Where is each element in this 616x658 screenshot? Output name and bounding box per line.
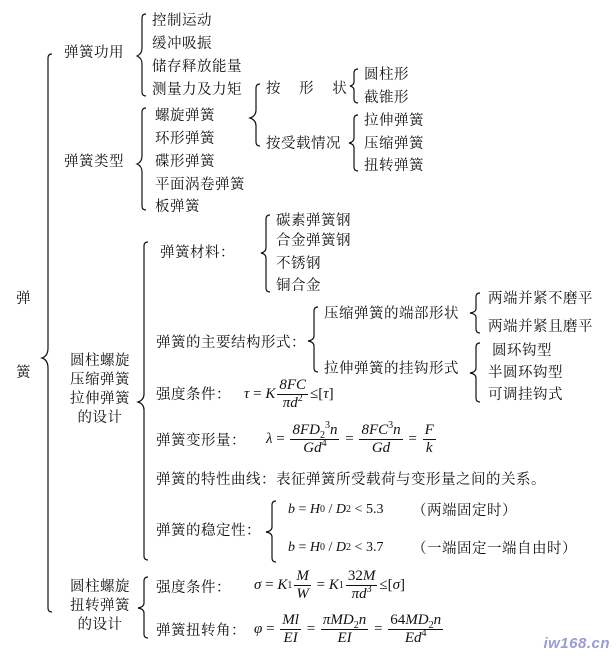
- material-item: 碳素弹簧钢: [276, 212, 351, 230]
- hook-form-item: 半圆环钩型: [488, 364, 563, 382]
- hook-form-item: 可调挂钩式: [488, 386, 563, 404]
- function-item: 储存释放能量: [152, 58, 242, 76]
- structure-label: 弹簧的主要结构形式：: [156, 334, 306, 352]
- materials-brace-icon: [258, 212, 274, 296]
- shear-strength-formula: τ = K 8FCπd2 ≤[τ]: [244, 377, 334, 412]
- hook-form-label: 拉伸弹簧的挂钩形式: [324, 360, 459, 378]
- stability-note-1: （两端固定时）: [412, 502, 517, 520]
- function-item: 控制运动: [152, 12, 212, 30]
- material-item: 不锈钢: [276, 255, 321, 273]
- shape-item: 圆柱形: [364, 66, 409, 84]
- type-item: 碟形弹簧: [155, 153, 215, 171]
- strength-label: 强度条件：: [156, 386, 231, 404]
- by-shape-label: 按 形 状: [266, 80, 354, 98]
- hook-form-item: 圆环钩型: [492, 342, 552, 360]
- functions-label: 弹簧功用: [64, 44, 124, 62]
- type-item: 板弹簧: [155, 198, 200, 216]
- types-brace-icon: [134, 104, 150, 214]
- label-line: 拉伸弹簧: [62, 390, 138, 409]
- label-line: 的设计: [62, 409, 138, 428]
- structure-brace-icon: [304, 304, 322, 376]
- root-brace-icon: [40, 40, 60, 620]
- stability-brace-icon: [262, 498, 280, 566]
- label-line: 压缩弹簧: [62, 371, 138, 390]
- compression-design-brace-icon: [136, 238, 152, 568]
- load-item: 扭转弹簧: [364, 157, 424, 175]
- type-item: 平面涡卷弹簧: [155, 176, 245, 194]
- material-item: 合金弹簧钢: [276, 232, 351, 250]
- watermark: iw168.cn: [543, 635, 610, 652]
- function-item: 缓冲吸振: [152, 35, 212, 53]
- shape-brace-icon: [346, 66, 362, 106]
- load-brace-icon: [346, 112, 362, 174]
- torsion-angle-label: 弹簧扭转角：: [156, 622, 246, 640]
- end-shape-brace-icon: [466, 290, 484, 336]
- deformation-label: 弹簧变形量：: [156, 432, 246, 450]
- types-label: 弹簧类型: [64, 153, 124, 171]
- stability-label: 弹簧的稳定性：: [156, 522, 261, 540]
- torsion-design-brace-icon: [134, 574, 152, 642]
- end-shape-label: 压缩弹簧的端部形状: [324, 305, 459, 323]
- end-shape-item: 两端并紧不磨平: [488, 290, 593, 308]
- label-line: 圆柱螺旋: [62, 578, 138, 597]
- type-item: 环形弹簧: [155, 130, 215, 148]
- torsion-design-label: 圆柱螺旋 扭转弹簧 的设计: [62, 578, 138, 635]
- label-line: 的设计: [62, 616, 138, 635]
- functions-brace-icon: [134, 10, 150, 100]
- compression-design-label: 圆柱螺旋 压缩弹簧 拉伸弹簧 的设计: [62, 352, 138, 428]
- shape-item: 截锥形: [364, 89, 409, 107]
- torsion-strength-label: 强度条件：: [156, 579, 231, 597]
- characteristic-curve-text: 弹簧的特性曲线：表征弹簧所受载荷与变形量之间的关系。: [156, 471, 546, 489]
- stability-formula-2: b = H0 / D2 < 3.7: [288, 540, 383, 556]
- type-item: 螺旋弹簧: [155, 107, 215, 125]
- function-item: 测量力及力矩: [152, 81, 242, 99]
- load-item: 压缩弹簧: [364, 135, 424, 153]
- label-line: 圆柱螺旋: [62, 352, 138, 371]
- label-line: 扭转弹簧: [62, 597, 138, 616]
- materials-label: 弹簧材料：: [160, 244, 235, 262]
- root-title-top: 弹: [16, 290, 31, 308]
- stability-note-2: （一端固定一端自由时）: [412, 540, 577, 558]
- bending-strength-formula: σ = K1 MW = K1 32Mπd3 ≤[σ]: [254, 568, 405, 603]
- load-item: 拉伸弹簧: [364, 112, 424, 130]
- by-load-label: 按受载情况: [266, 135, 341, 153]
- material-item: 铜合金: [276, 277, 321, 295]
- end-shape-item: 两端并紧且磨平: [488, 318, 593, 336]
- stability-formula-1: b = H0 / D2 < 5.3: [288, 502, 383, 518]
- deformation-formula: λ = 8FD23nGd4 = 8FC3nGd = Fk: [266, 422, 438, 457]
- hook-form-brace-icon: [466, 340, 484, 406]
- spiral-classification-brace-icon: [246, 80, 264, 152]
- torsion-angle-formula: φ = MlEI = πMD2nEI = 64MD2nEd4: [254, 612, 445, 647]
- root-title-bottom: 簧: [16, 364, 31, 382]
